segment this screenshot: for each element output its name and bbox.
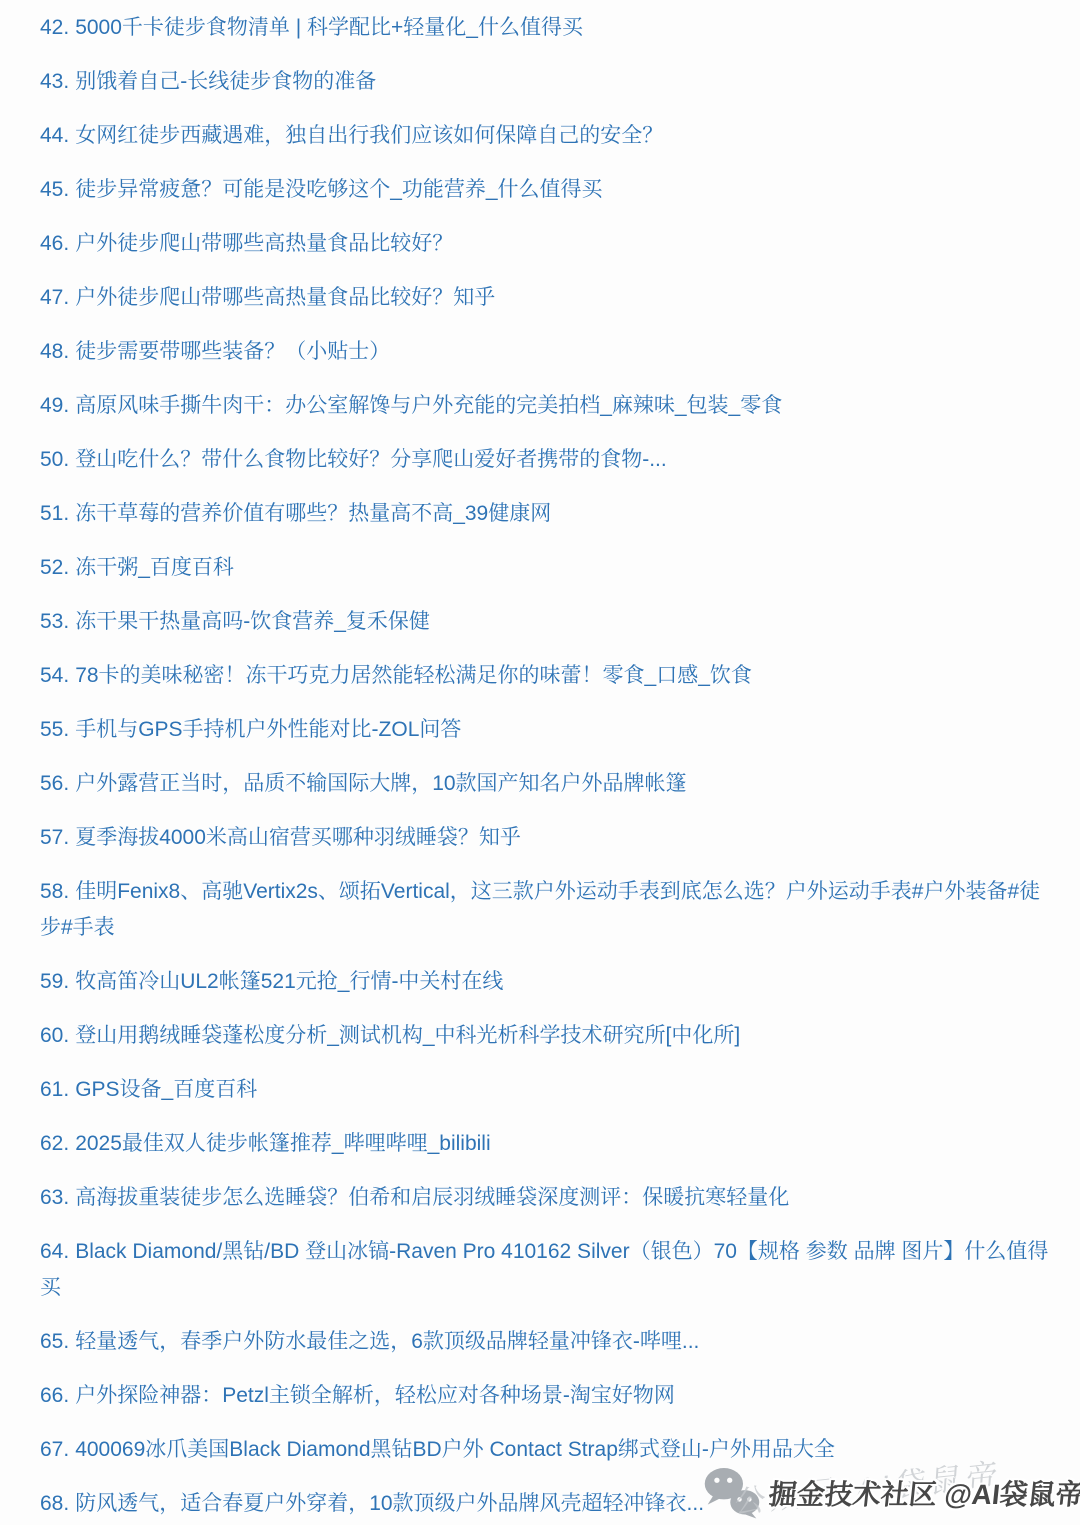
- search-result-link[interactable]: 47.户外徒步爬山带哪些高热量食品比较好？知乎: [40, 280, 1050, 316]
- result-title: 手机与GPS手持机户外性能对比-ZOL问答: [75, 718, 461, 741]
- search-result-link[interactable]: 60.登山用鹅绒睡袋蓬松度分析_测试机构_中科光析科学技术研究所[中化所]: [40, 1018, 1050, 1054]
- search-result-link[interactable]: 65.轻量透气，春季户外防水最佳之选，6款顶级品牌轻量冲锋衣-哔哩...: [40, 1324, 1050, 1360]
- result-number: 52.: [40, 556, 69, 579]
- result-number: 45.: [40, 178, 69, 201]
- result-title: 徒步异常疲惫？可能是没吃够这个_功能营养_什么值得买: [75, 178, 602, 201]
- search-result-link[interactable]: 56.户外露营正当时，品质不输国际大牌，10款国产知名户外品牌帐篷: [40, 766, 1050, 802]
- result-number: 59.: [40, 970, 69, 993]
- result-number: 51.: [40, 502, 69, 525]
- result-number: 62.: [40, 1132, 69, 1155]
- search-result-link[interactable]: 58.佳明Fenix8、高驰Vertix2s、颂拓Vertical，这三款户外运…: [40, 874, 1050, 946]
- result-number: 53.: [40, 610, 69, 633]
- search-result-link[interactable]: 51.冻干草莓的营养价值有哪些？热量高不高_39健康网: [40, 496, 1050, 532]
- result-title: 登山用鹅绒睡袋蓬松度分析_测试机构_中科光析科学技术研究所[中化所]: [75, 1024, 740, 1047]
- result-title: 户外露营正当时，品质不输国际大牌，10款国产知名户外品牌帐篷: [75, 772, 686, 795]
- result-title: 高海拔重装徒步怎么选睡袋？伯希和启辰羽绒睡袋深度测评：保暖抗寒轻量化: [75, 1186, 789, 1209]
- result-number: 44.: [40, 124, 69, 147]
- search-result-link[interactable]: 61.GPS设备_百度百科: [40, 1072, 1050, 1108]
- search-result-link[interactable]: 43.别饿着自己-长线徒步食物的准备: [40, 64, 1050, 100]
- result-title: 高原风味手撕牛肉干：办公室解馋与户外充能的完美拍档_麻辣味_包装_零食: [75, 394, 782, 417]
- result-title: 户外徒步爬山带哪些高热量食品比较好？: [75, 232, 453, 255]
- result-number: 66.: [40, 1384, 69, 1407]
- result-title: 牧高笛冷山UL2帐篷521元抢_行情-中关村在线: [75, 970, 503, 993]
- result-number: 48.: [40, 340, 69, 363]
- search-result-link[interactable]: 50.登山吃什么？带什么食物比较好？分享爬山爱好者携带的食物-...: [40, 442, 1050, 478]
- result-number: 50.: [40, 448, 69, 471]
- result-title: 户外探险神器：Petzl主锁全解析，轻松应对各种场景-淘宝好物网: [75, 1384, 675, 1407]
- result-number: 60.: [40, 1024, 69, 1047]
- result-title: GPS设备_百度百科: [75, 1078, 257, 1101]
- search-result-link[interactable]: 45.徒步异常疲惫？可能是没吃够这个_功能营养_什么值得买: [40, 172, 1050, 208]
- result-number: 58.: [40, 880, 69, 903]
- result-title: 登山吃什么？带什么食物比较好？分享爬山爱好者携带的食物-...: [75, 448, 667, 471]
- result-title: 冻干粥_百度百科: [75, 556, 234, 579]
- search-result-link[interactable]: 48.徒步需要带哪些装备？（小贴士）: [40, 334, 1050, 370]
- result-number: 56.: [40, 772, 69, 795]
- search-result-link[interactable]: 55.手机与GPS手持机户外性能对比-ZOL问答: [40, 712, 1050, 748]
- result-title: 防风透气，适合春夏户外穿着，10款顶级户外品牌风壳超轻冲锋衣...: [75, 1492, 704, 1515]
- result-title: 佳明Fenix8、高驰Vertix2s、颂拓Vertical，这三款户外运动手表…: [40, 880, 1040, 939]
- result-number: 49.: [40, 394, 69, 417]
- result-title: 2025最佳双人徒步帐篷推荐_哔哩哔哩_bilibili: [75, 1132, 490, 1155]
- reference-list-page: 42.5000千卡徒步食物清单 | 科学配比+轻量化_什么值得买43.别饿着自己…: [0, 0, 1080, 1522]
- search-result-link[interactable]: 42.5000千卡徒步食物清单 | 科学配比+轻量化_什么值得买: [40, 10, 1050, 46]
- search-result-link[interactable]: 68.防风透气，适合春夏户外穿着，10款顶级户外品牌风壳超轻冲锋衣...: [40, 1486, 1050, 1522]
- result-number: 46.: [40, 232, 69, 255]
- result-title: 冻干果干热量高吗-饮食营养_复禾保健: [75, 610, 430, 633]
- results-list: 42.5000千卡徒步食物清单 | 科学配比+轻量化_什么值得买43.别饿着自己…: [0, 0, 1080, 1522]
- result-title: 徒步需要带哪些装备？（小贴士）: [75, 340, 390, 363]
- search-result-link[interactable]: 46.户外徒步爬山带哪些高热量食品比较好？: [40, 226, 1050, 262]
- result-number: 47.: [40, 286, 69, 309]
- result-number: 67.: [40, 1438, 69, 1461]
- search-result-link[interactable]: 66.户外探险神器：Petzl主锁全解析，轻松应对各种场景-淘宝好物网: [40, 1378, 1050, 1414]
- search-result-link[interactable]: 57.夏季海拔4000米高山宿营买哪种羽绒睡袋？知乎: [40, 820, 1050, 856]
- result-number: 63.: [40, 1186, 69, 1209]
- result-title: 轻量透气，春季户外防水最佳之选，6款顶级品牌轻量冲锋衣-哔哩...: [75, 1330, 699, 1353]
- result-title: 5000千卡徒步食物清单 | 科学配比+轻量化_什么值得买: [75, 16, 583, 39]
- result-title: 别饿着自己-长线徒步食物的准备: [75, 70, 376, 93]
- result-number: 57.: [40, 826, 69, 849]
- result-number: 65.: [40, 1330, 69, 1353]
- result-number: 64.: [40, 1240, 69, 1263]
- result-title: 冻干草莓的营养价值有哪些？热量高不高_39健康网: [75, 502, 551, 525]
- result-number: 54.: [40, 664, 69, 687]
- search-result-link[interactable]: 52.冻干粥_百度百科: [40, 550, 1050, 586]
- result-number: 61.: [40, 1078, 69, 1101]
- search-result-link[interactable]: 67.400069冰爪美国Black Diamond黑钻BD户外 Contact…: [40, 1432, 1050, 1468]
- search-result-link[interactable]: 64.Black Diamond/黑钻/BD 登山冰镐-Raven Pro 41…: [40, 1234, 1050, 1306]
- search-result-link[interactable]: 44.女网红徒步西藏遇难，独自出行我们应该如何保障自己的安全？: [40, 118, 1050, 154]
- result-title: 夏季海拔4000米高山宿营买哪种羽绒睡袋？知乎: [75, 826, 521, 849]
- search-result-link[interactable]: 63.高海拔重装徒步怎么选睡袋？伯希和启辰羽绒睡袋深度测评：保暖抗寒轻量化: [40, 1180, 1050, 1216]
- result-title: 78卡的美味秘密！冻干巧克力居然能轻松满足你的味蕾！零食_口感_饮食: [75, 664, 752, 687]
- result-title: 400069冰爪美国Black Diamond黑钻BD户外 Contact St…: [75, 1438, 835, 1461]
- search-result-link[interactable]: 53.冻干果干热量高吗-饮食营养_复禾保健: [40, 604, 1050, 640]
- search-result-link[interactable]: 54.78卡的美味秘密！冻干巧克力居然能轻松满足你的味蕾！零食_口感_饮食: [40, 658, 1050, 694]
- result-number: 43.: [40, 70, 69, 93]
- result-number: 55.: [40, 718, 69, 741]
- result-title: 女网红徒步西藏遇难，独自出行我们应该如何保障自己的安全？: [75, 124, 663, 147]
- result-title: Black Diamond/黑钻/BD 登山冰镐-Raven Pro 41016…: [40, 1240, 1048, 1299]
- search-result-link[interactable]: 59.牧高笛冷山UL2帐篷521元抢_行情-中关村在线: [40, 964, 1050, 1000]
- search-result-link[interactable]: 62.2025最佳双人徒步帐篷推荐_哔哩哔哩_bilibili: [40, 1126, 1050, 1162]
- result-number: 68.: [40, 1492, 69, 1515]
- search-result-link[interactable]: 49.高原风味手撕牛肉干：办公室解馋与户外充能的完美拍档_麻辣味_包装_零食: [40, 388, 1050, 424]
- result-number: 42.: [40, 16, 69, 39]
- result-title: 户外徒步爬山带哪些高热量食品比较好？知乎: [75, 286, 495, 309]
